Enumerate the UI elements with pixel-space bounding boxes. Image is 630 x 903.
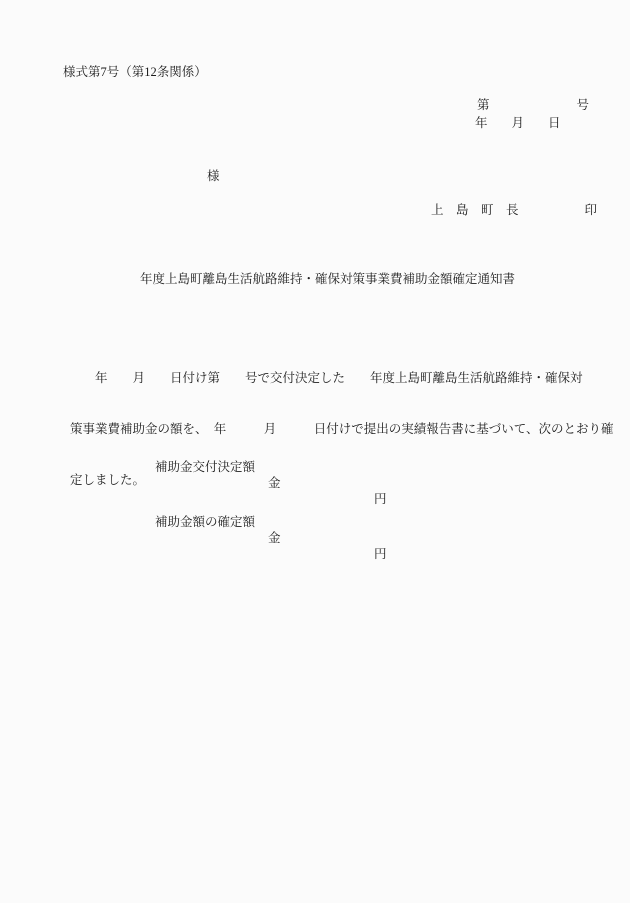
document-number-suffix: 号 (576, 97, 589, 113)
sender-title: 上 島 町 長 (431, 202, 519, 218)
amount-decided-label: 補助金交付決定額 (155, 459, 255, 475)
document-title: 年度上島町離島生活航路維持・確保対策事業費補助金額確定通知書 (140, 271, 515, 287)
sender-line: 上 島 町 長 印 (431, 202, 597, 218)
form-number-label: 様式第7号（第12条関係） (63, 64, 207, 80)
amount-row-confirmed: 補助金額の確定額 金 円 (155, 498, 455, 514)
document-number-line: 第 号 (477, 97, 589, 113)
amount-confirmed-currency-suffix: 円 (374, 546, 387, 562)
addressee-honorific: 様 (207, 168, 220, 184)
date-month-label: 月 (512, 115, 525, 131)
date-day-label: 日 (548, 115, 561, 131)
date-line: 年 月 日 (475, 115, 561, 131)
body-line-1: 年 月 日付け第 号で交付決定した 年度上島町離島生活航路維持・確保対 (70, 369, 590, 388)
seal-placeholder: 印 (584, 202, 597, 218)
amount-confirmed-currency-prefix: 金 (268, 530, 281, 546)
body-paragraph: 年 月 日付け第 号で交付決定した 年度上島町離島生活航路維持・確保対 策事業費… (70, 337, 590, 521)
body-line-2: 策事業費補助金の額を、 年 月 日付けで提出の実績報告書に基づいて、次のとおり確 (70, 420, 590, 439)
document-page: 様式第7号（第12条関係） 第 号 年 月 日 様 上 島 町 長 印 年度上島… (0, 0, 630, 903)
document-number-prefix: 第 (477, 97, 490, 113)
amount-decided-currency-prefix: 金 (268, 475, 281, 491)
amount-confirmed-label: 補助金額の確定額 (155, 514, 255, 530)
date-year-label: 年 (475, 115, 488, 131)
body-line-3: 定しました。 (70, 471, 590, 490)
amount-row-decided: 補助金交付決定額 金 円 (155, 443, 455, 459)
